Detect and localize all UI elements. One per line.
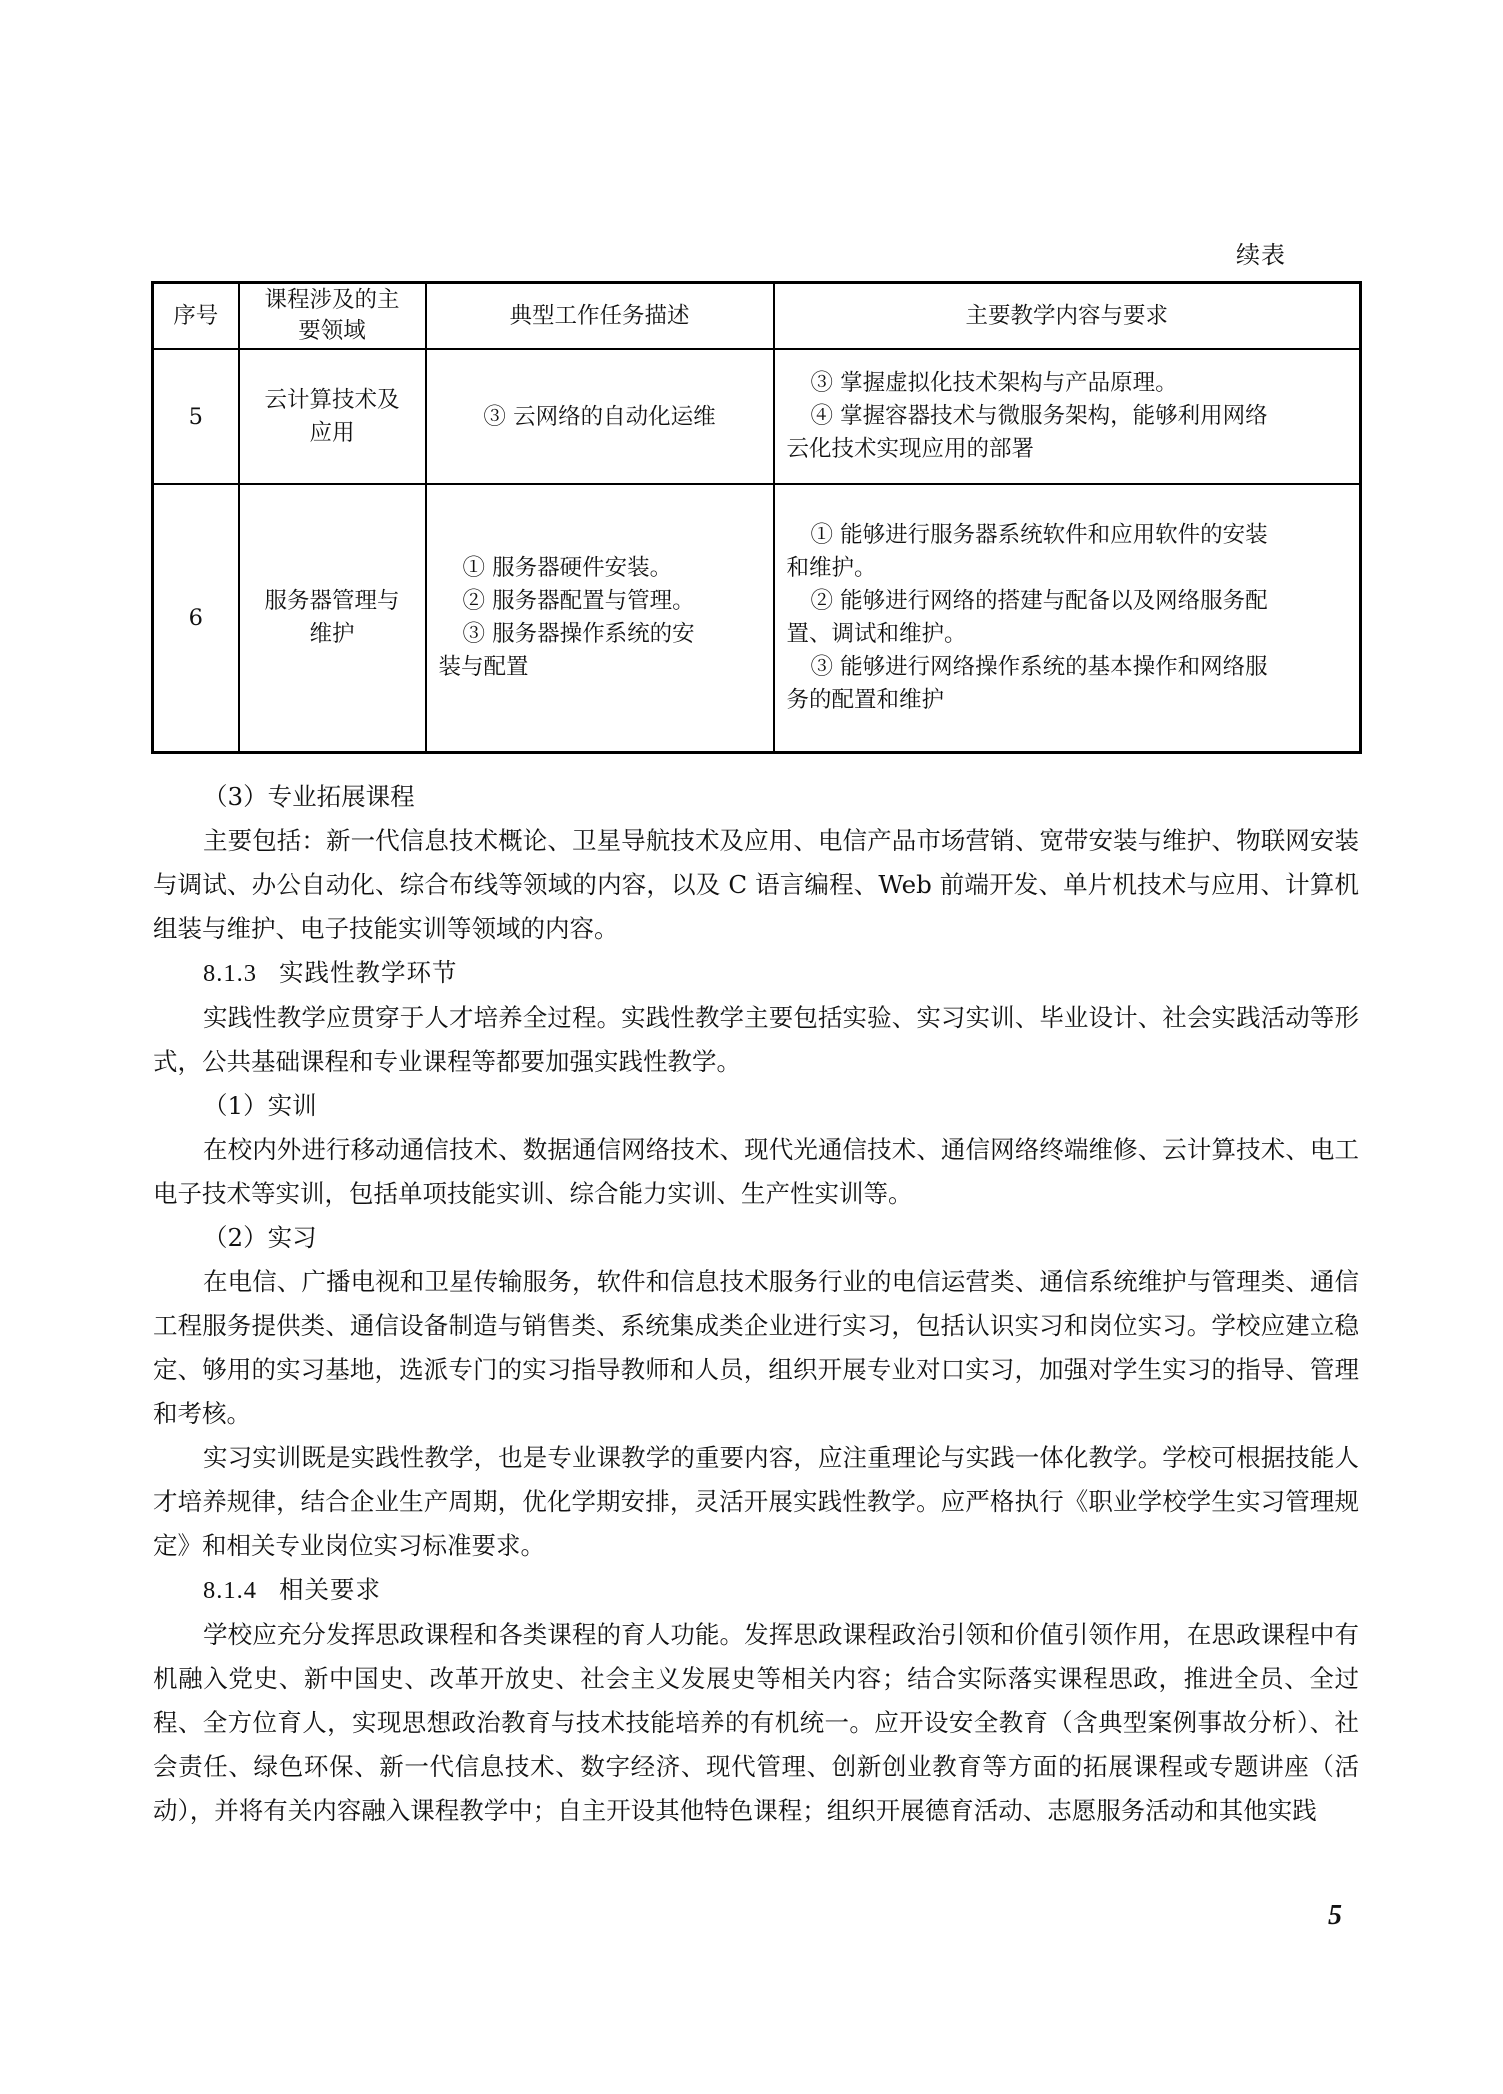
task-line: 装与配置: [439, 651, 761, 684]
content-line: 云化技术实现应用的部署: [787, 433, 1348, 466]
table-header-row: 序号 课程涉及的主 要领域 典型工作任务描述 主要教学内容与要求: [153, 283, 1361, 350]
paragraph-practice-intro: 实践性教学应贯穿于人才培养全过程。实践性教学主要包括实验、实习实训、毕业设计、社…: [153, 996, 1359, 1084]
section-heading-8-1-3: 8.1.3实践性教学环节: [153, 951, 1359, 996]
paragraph-practice-teaching: 实习实训既是实践性教学，也是专业课教学的重要内容，应注重理论与实践一体化教学。学…: [153, 1436, 1359, 1568]
paragraph-requirements: 学校应充分发挥思政课程和各类课程的育人功能。发挥思政课程政治引领和价值引领作用，…: [153, 1613, 1359, 1833]
content-line: ③ 能够进行网络操作系统的基本操作和网络服: [787, 651, 1348, 684]
header-domain-line: 要领域: [246, 316, 419, 347]
section-title: 实践性教学环节: [279, 958, 458, 987]
subheading-internship: （2）实习: [153, 1216, 1359, 1260]
content-line: ① 能够进行服务器系统软件和应用软件的安装: [787, 519, 1348, 552]
row-tasks: ① 服务器硬件安装。 ② 服务器配置与管理。 ③ 服务器操作系统的安 装与配置: [426, 484, 774, 752]
content-line: ③ 掌握虚拟化技术架构与产品原理。: [787, 367, 1348, 400]
domain-line: 云计算技术及: [252, 384, 413, 417]
section-number: 8.1.4: [203, 1577, 257, 1604]
content-line: 置、调试和维护。: [787, 618, 1348, 651]
row-content: ③ 掌握虚拟化技术架构与产品原理。 ④ 掌握容器技术与微服务架构，能够利用网络 …: [774, 349, 1361, 484]
header-content: 主要教学内容与要求: [774, 283, 1361, 350]
section-heading-8-1-4: 8.1.4相关要求: [153, 1568, 1359, 1613]
header-tasks: 典型工作任务描述: [426, 283, 774, 350]
row-domain: 云计算技术及 应用: [239, 349, 426, 484]
header-domain-line: 课程涉及的主: [246, 285, 419, 316]
subheading-training: （1）实训: [153, 1084, 1359, 1128]
content-line: ② 能够进行网络的搭建与配备以及网络服务配: [787, 585, 1348, 618]
row-no: 6: [153, 484, 239, 752]
section-number: 8.1.3: [203, 960, 257, 987]
section-title: 相关要求: [279, 1575, 381, 1604]
subheading-extension-courses: （3）专业拓展课程: [153, 775, 1359, 819]
table-row: 6 服务器管理与 维护 ① 服务器硬件安装。 ② 服务器配置与管理。 ③ 服务器…: [153, 484, 1361, 752]
row-content: ① 能够进行服务器系统软件和应用软件的安装 和维护。 ② 能够进行网络的搭建与配…: [774, 484, 1361, 752]
task-line: ② 服务器配置与管理。: [439, 585, 761, 618]
paragraph-extension-courses: 主要包括：新一代信息技术概论、卫星导航技术及应用、电信产品市场营销、宽带安装与维…: [153, 819, 1359, 951]
row-no: 5: [153, 349, 239, 484]
body-text: （3）专业拓展课程 主要包括：新一代信息技术概论、卫星导航技术及应用、电信产品市…: [153, 775, 1359, 1833]
row-tasks: ③ 云网络的自动化运维: [426, 349, 774, 484]
content-line: 务的配置和维护: [787, 684, 1348, 717]
domain-line: 服务器管理与: [252, 585, 413, 618]
table-row: 5 云计算技术及 应用 ③ 云网络的自动化运维 ③ 掌握虚拟化技术架构与产品原理…: [153, 349, 1361, 484]
row-domain: 服务器管理与 维护: [239, 484, 426, 752]
header-no: 序号: [153, 283, 239, 350]
course-table: 序号 课程涉及的主 要领域 典型工作任务描述 主要教学内容与要求 5 云计算技术…: [151, 281, 1362, 754]
domain-line: 应用: [252, 417, 413, 450]
paragraph-training: 在校内外进行移动通信技术、数据通信网络技术、现代光通信技术、通信网络终端维修、云…: [153, 1128, 1359, 1216]
task-line: ③ 服务器操作系统的安: [439, 618, 761, 651]
paragraph-internship: 在电信、广播电视和卫星传输服务，软件和信息技术服务行业的电信运营类、通信系统维护…: [153, 1260, 1359, 1436]
content-line: 和维护。: [787, 552, 1348, 585]
page-number: 5: [1328, 1900, 1342, 1932]
header-domain: 课程涉及的主 要领域: [239, 283, 426, 350]
content-line: ④ 掌握容器技术与微服务架构，能够利用网络: [787, 400, 1348, 433]
domain-line: 维护: [252, 618, 413, 651]
task-line: ① 服务器硬件安装。: [439, 552, 761, 585]
continued-table-label: 续表: [1236, 240, 1286, 270]
